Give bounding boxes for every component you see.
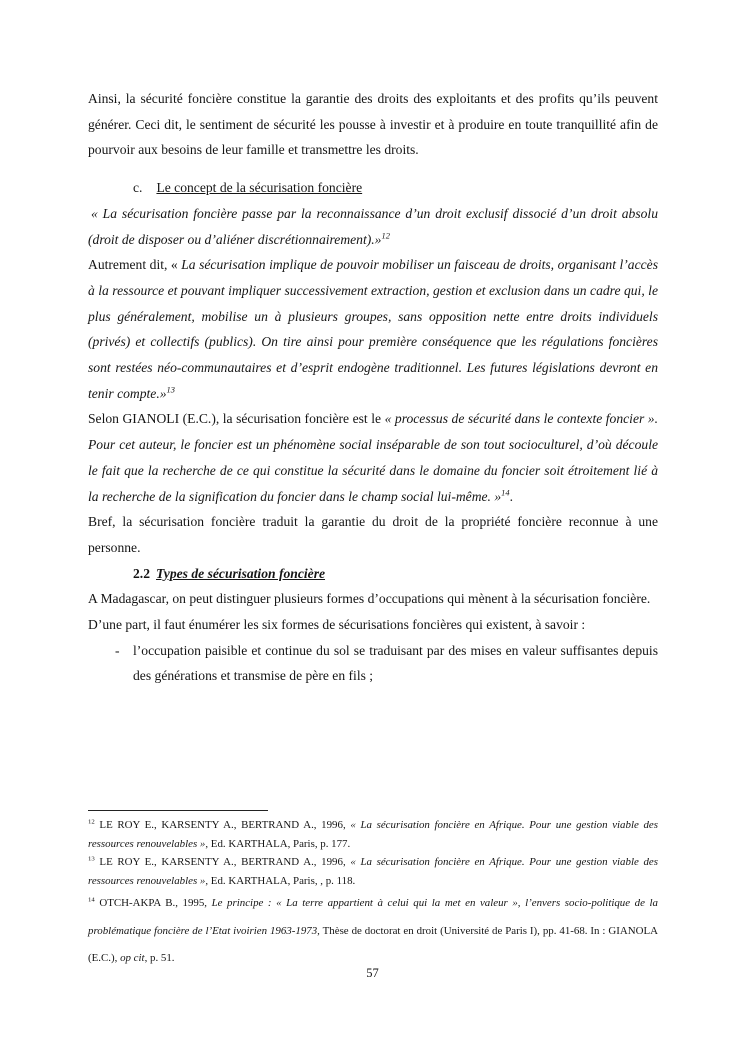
footnote-14-tail: , p. 51.	[145, 952, 175, 964]
paragraph-gianoli-tail: .	[510, 489, 513, 504]
quote-leroy-text: « La sécurisation foncière passe par la …	[88, 206, 658, 247]
paragraph-gianoli: Selon GIANOLI (E.C.), la sécurisation fo…	[88, 406, 658, 509]
list-item-occupation-text: l’occupation paisible et continue du sol…	[133, 643, 658, 684]
footnote-13: 13 LE ROY E., KARSENTY A., BERTRAND A., …	[88, 853, 658, 890]
heading-concept-title: Le concept de la sécurisation foncière	[156, 180, 362, 195]
paragraph-bref: Bref, la sécurisation foncière traduit l…	[88, 509, 658, 560]
heading-concept: c.Le concept de la sécurisation foncière	[88, 175, 658, 201]
footnote-14: 14 OTCH-AKPA B., 1995, Le principe : « L…	[88, 890, 658, 972]
footnote-13-authors: LE ROY E., KARSENTY A., BERTRAND A., 199…	[95, 856, 351, 868]
bullet-dash: -	[115, 638, 120, 664]
document-body: Ainsi, la sécurité foncière constitue la…	[88, 86, 658, 689]
footnote-14-authors: OTCH-AKPA B., 1995,	[95, 897, 212, 909]
paragraph-autrement-lead: Autrement dit, «	[88, 257, 181, 272]
footnote-12-ref: 12	[88, 818, 95, 825]
footnote-ref-12: 12	[381, 230, 389, 240]
footnote-separator	[88, 810, 268, 811]
paragraph-autrement: Autrement dit, « La sécurisation impliqu…	[88, 252, 658, 406]
paragraph-autrement-quote: La sécurisation implique de pouvoir mobi…	[88, 257, 658, 401]
paragraph-intro: Ainsi, la sécurité foncière constitue la…	[88, 86, 658, 163]
list-item-occupation: -l’occupation paisible et continue du so…	[88, 638, 658, 689]
footnote-ref-14: 14	[501, 487, 509, 497]
footnote-13-ref: 13	[88, 856, 95, 863]
heading-types-marker: 2.2	[133, 566, 150, 581]
paragraph-quote-leroy: « La sécurisation foncière passe par la …	[88, 201, 658, 252]
page-number: 57	[0, 966, 745, 981]
footnote-13-publisher: , Ed. KARTHALA, Paris, , p. 118.	[205, 875, 355, 887]
paragraph-gianoli-lead: Selon GIANOLI (E.C.), la sécurisation fo…	[88, 411, 385, 426]
footnote-12-publisher: , Ed. KARTHALA, Paris, p. 177.	[205, 838, 350, 850]
heading-concept-marker: c.	[133, 180, 142, 195]
footnote-12-authors: LE ROY E., KARSENTY A., BERTRAND A., 199…	[95, 819, 351, 831]
heading-types-title: Types de sécurisation foncière	[156, 566, 325, 581]
footnote-14-opcit: op cit	[120, 952, 145, 964]
footnote-ref-13: 13	[167, 384, 175, 394]
document-page: Ainsi, la sécurité foncière constitue la…	[0, 0, 745, 1053]
footnotes-section: 12 LE ROY E., KARSENTY A., BERTRAND A., …	[88, 800, 658, 973]
heading-types: 2.2Types de sécurisation foncière	[88, 561, 658, 587]
footnote-14-ref: 14	[88, 897, 95, 904]
paragraph-enumeration: D’une part, il faut énumérer les six for…	[88, 612, 658, 638]
paragraph-madagascar: A Madagascar, on peut distinguer plusieu…	[88, 586, 658, 612]
footnote-12: 12 LE ROY E., KARSENTY A., BERTRAND A., …	[88, 816, 658, 853]
